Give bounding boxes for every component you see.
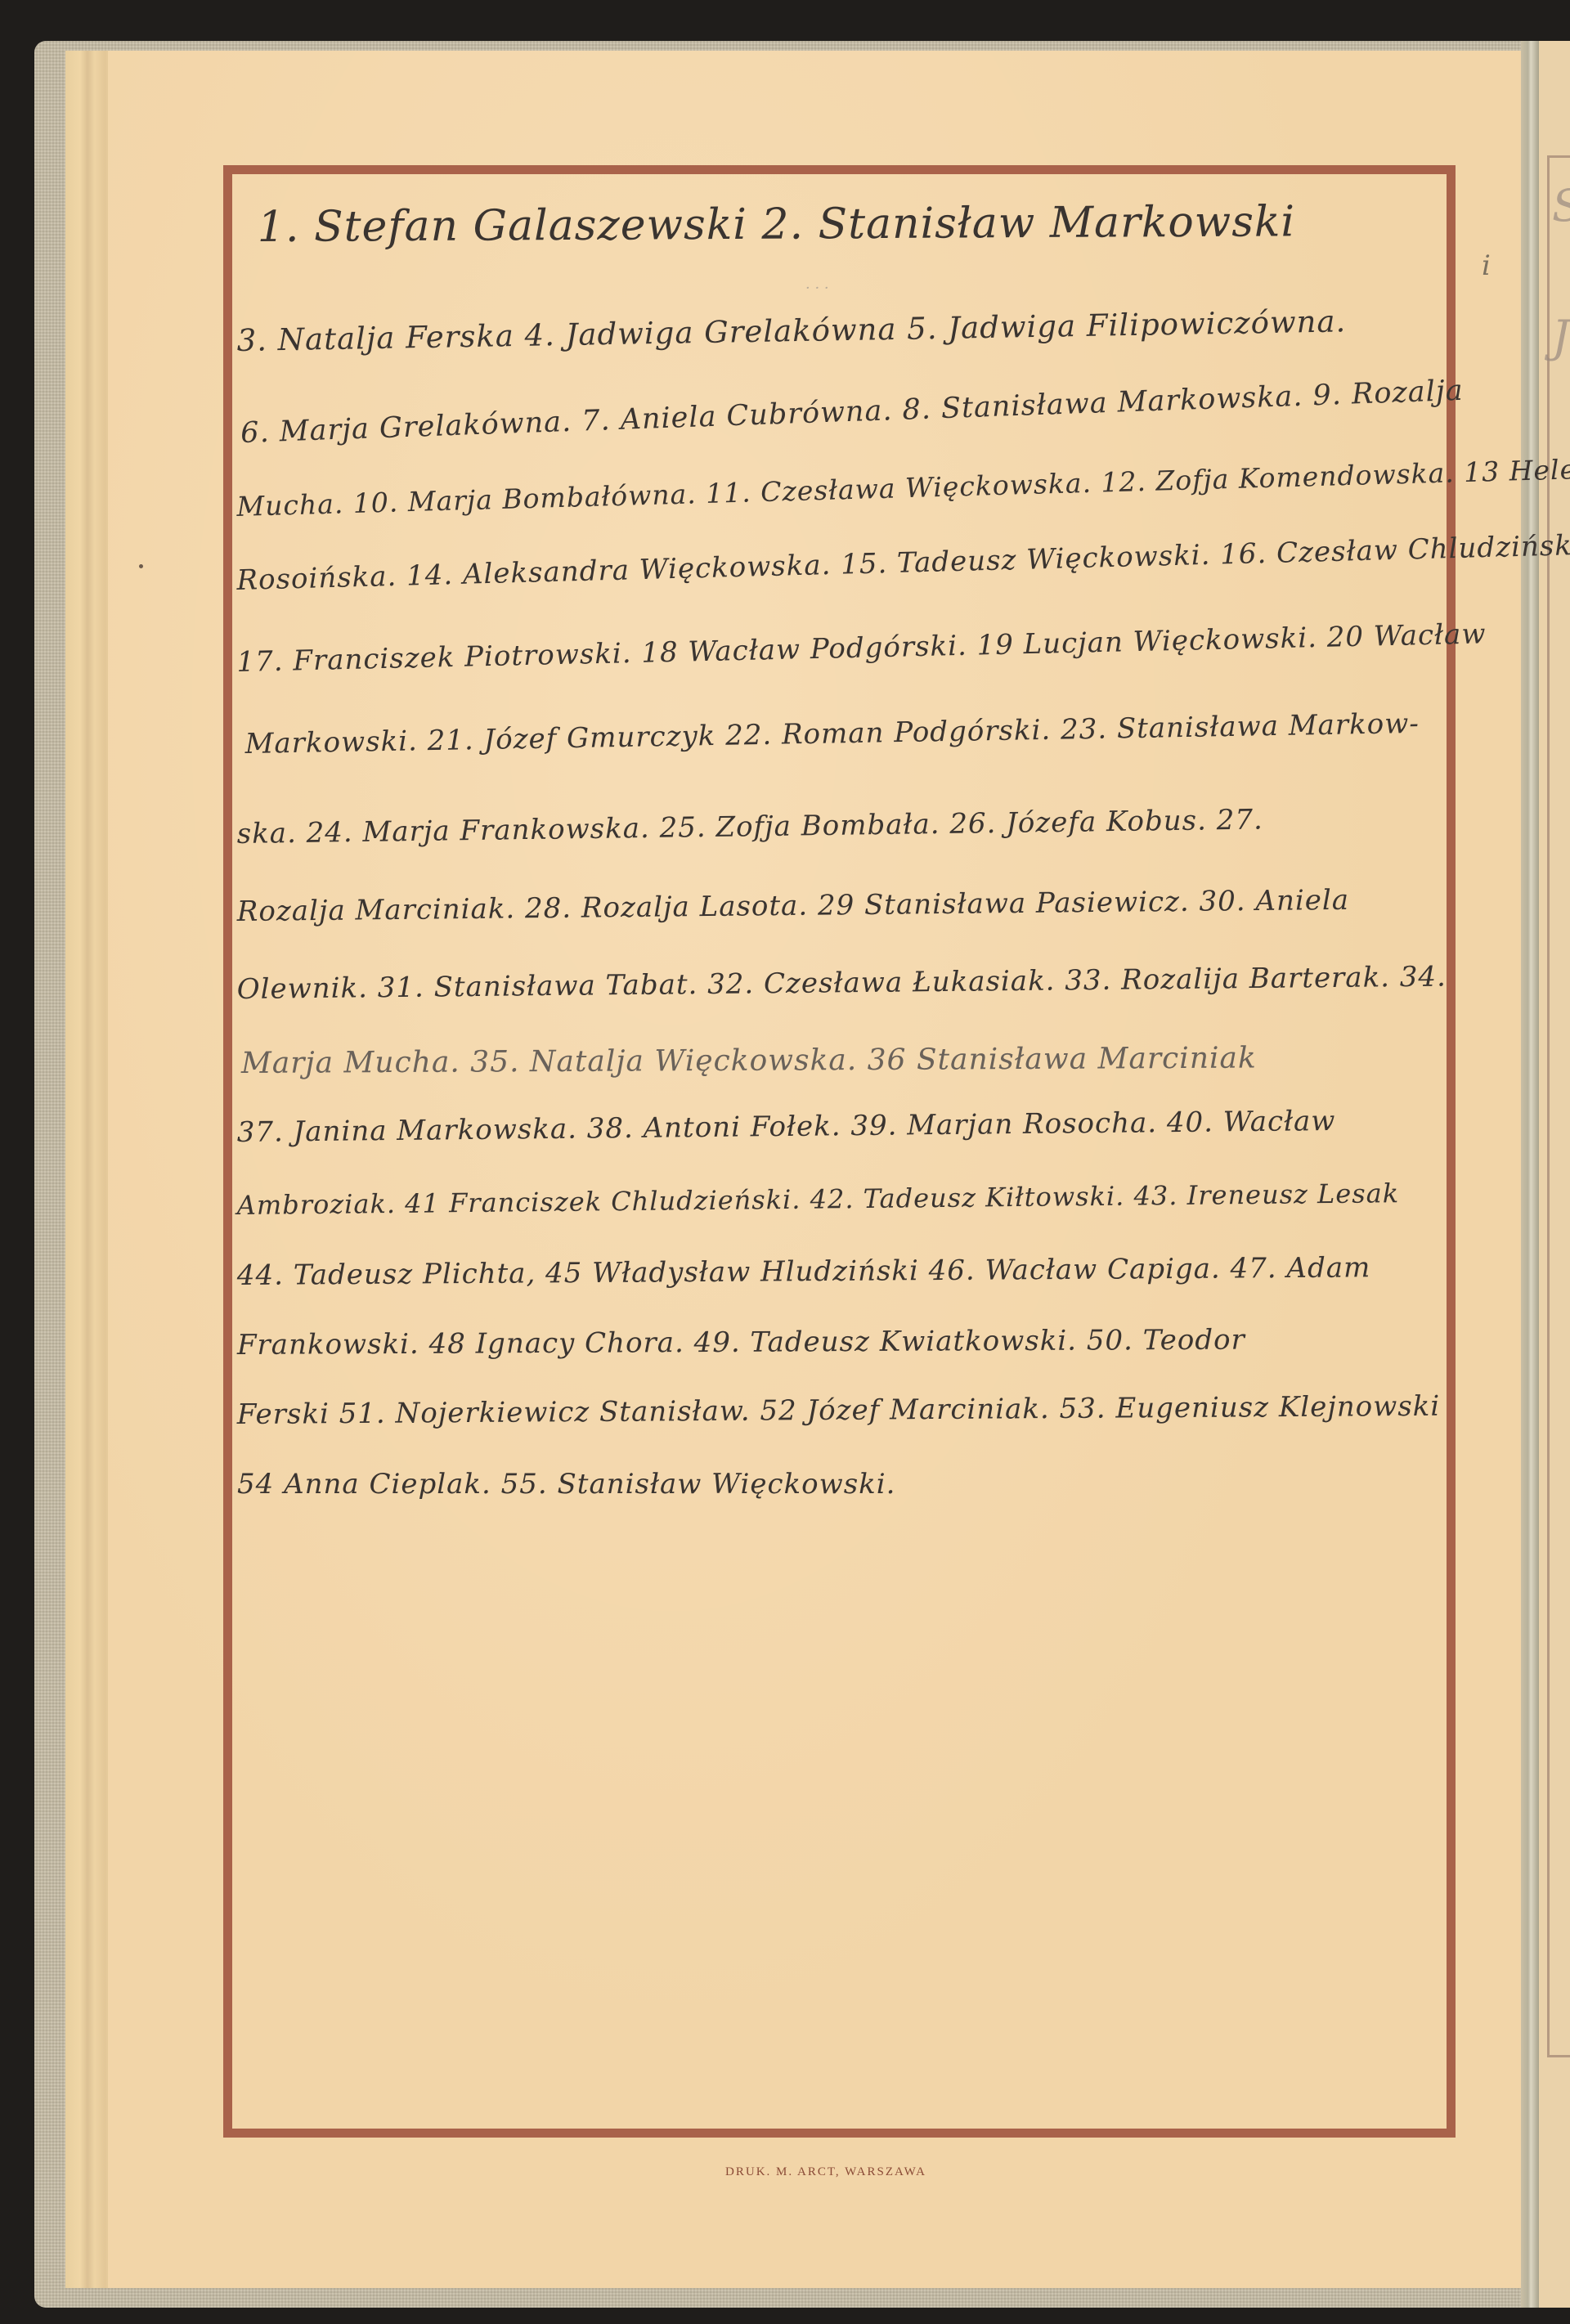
name-line-1: 1. Stefan Galaszewski 2. Stanisław Marko… [258,197,1296,252]
printer-imprint: DRUK. M. ARCT, WARSZAWA [0,2165,1570,2179]
facing-page-frame [1547,155,1570,2057]
name-line-15: Frankowski. 48 Ignacy Chora. 49. Tadeusz… [237,1324,1245,1362]
facing-page-ornament: S [1552,180,1570,231]
facing-page-ornament: J [1552,311,1570,362]
page-edges [65,51,114,2288]
faint-pencil-note: · · · [805,280,829,297]
margin-mark: i [1482,249,1491,282]
book-gutter [1521,41,1539,2308]
imprint-text: DRUK. M. ARCT, WARSZAWA [725,2165,926,2178]
name-line-11: Marja Mucha. 35. Natalja Więckowska. 36 … [241,1041,1257,1080]
name-line-17: 54 Anna Cieplak. 55. Stanisław Więckowsk… [237,1468,895,1501]
scanned-page: S J i · · · 1. Stefan Galaszewski 2. Sta… [0,0,1570,2324]
ink-spot [139,564,143,568]
